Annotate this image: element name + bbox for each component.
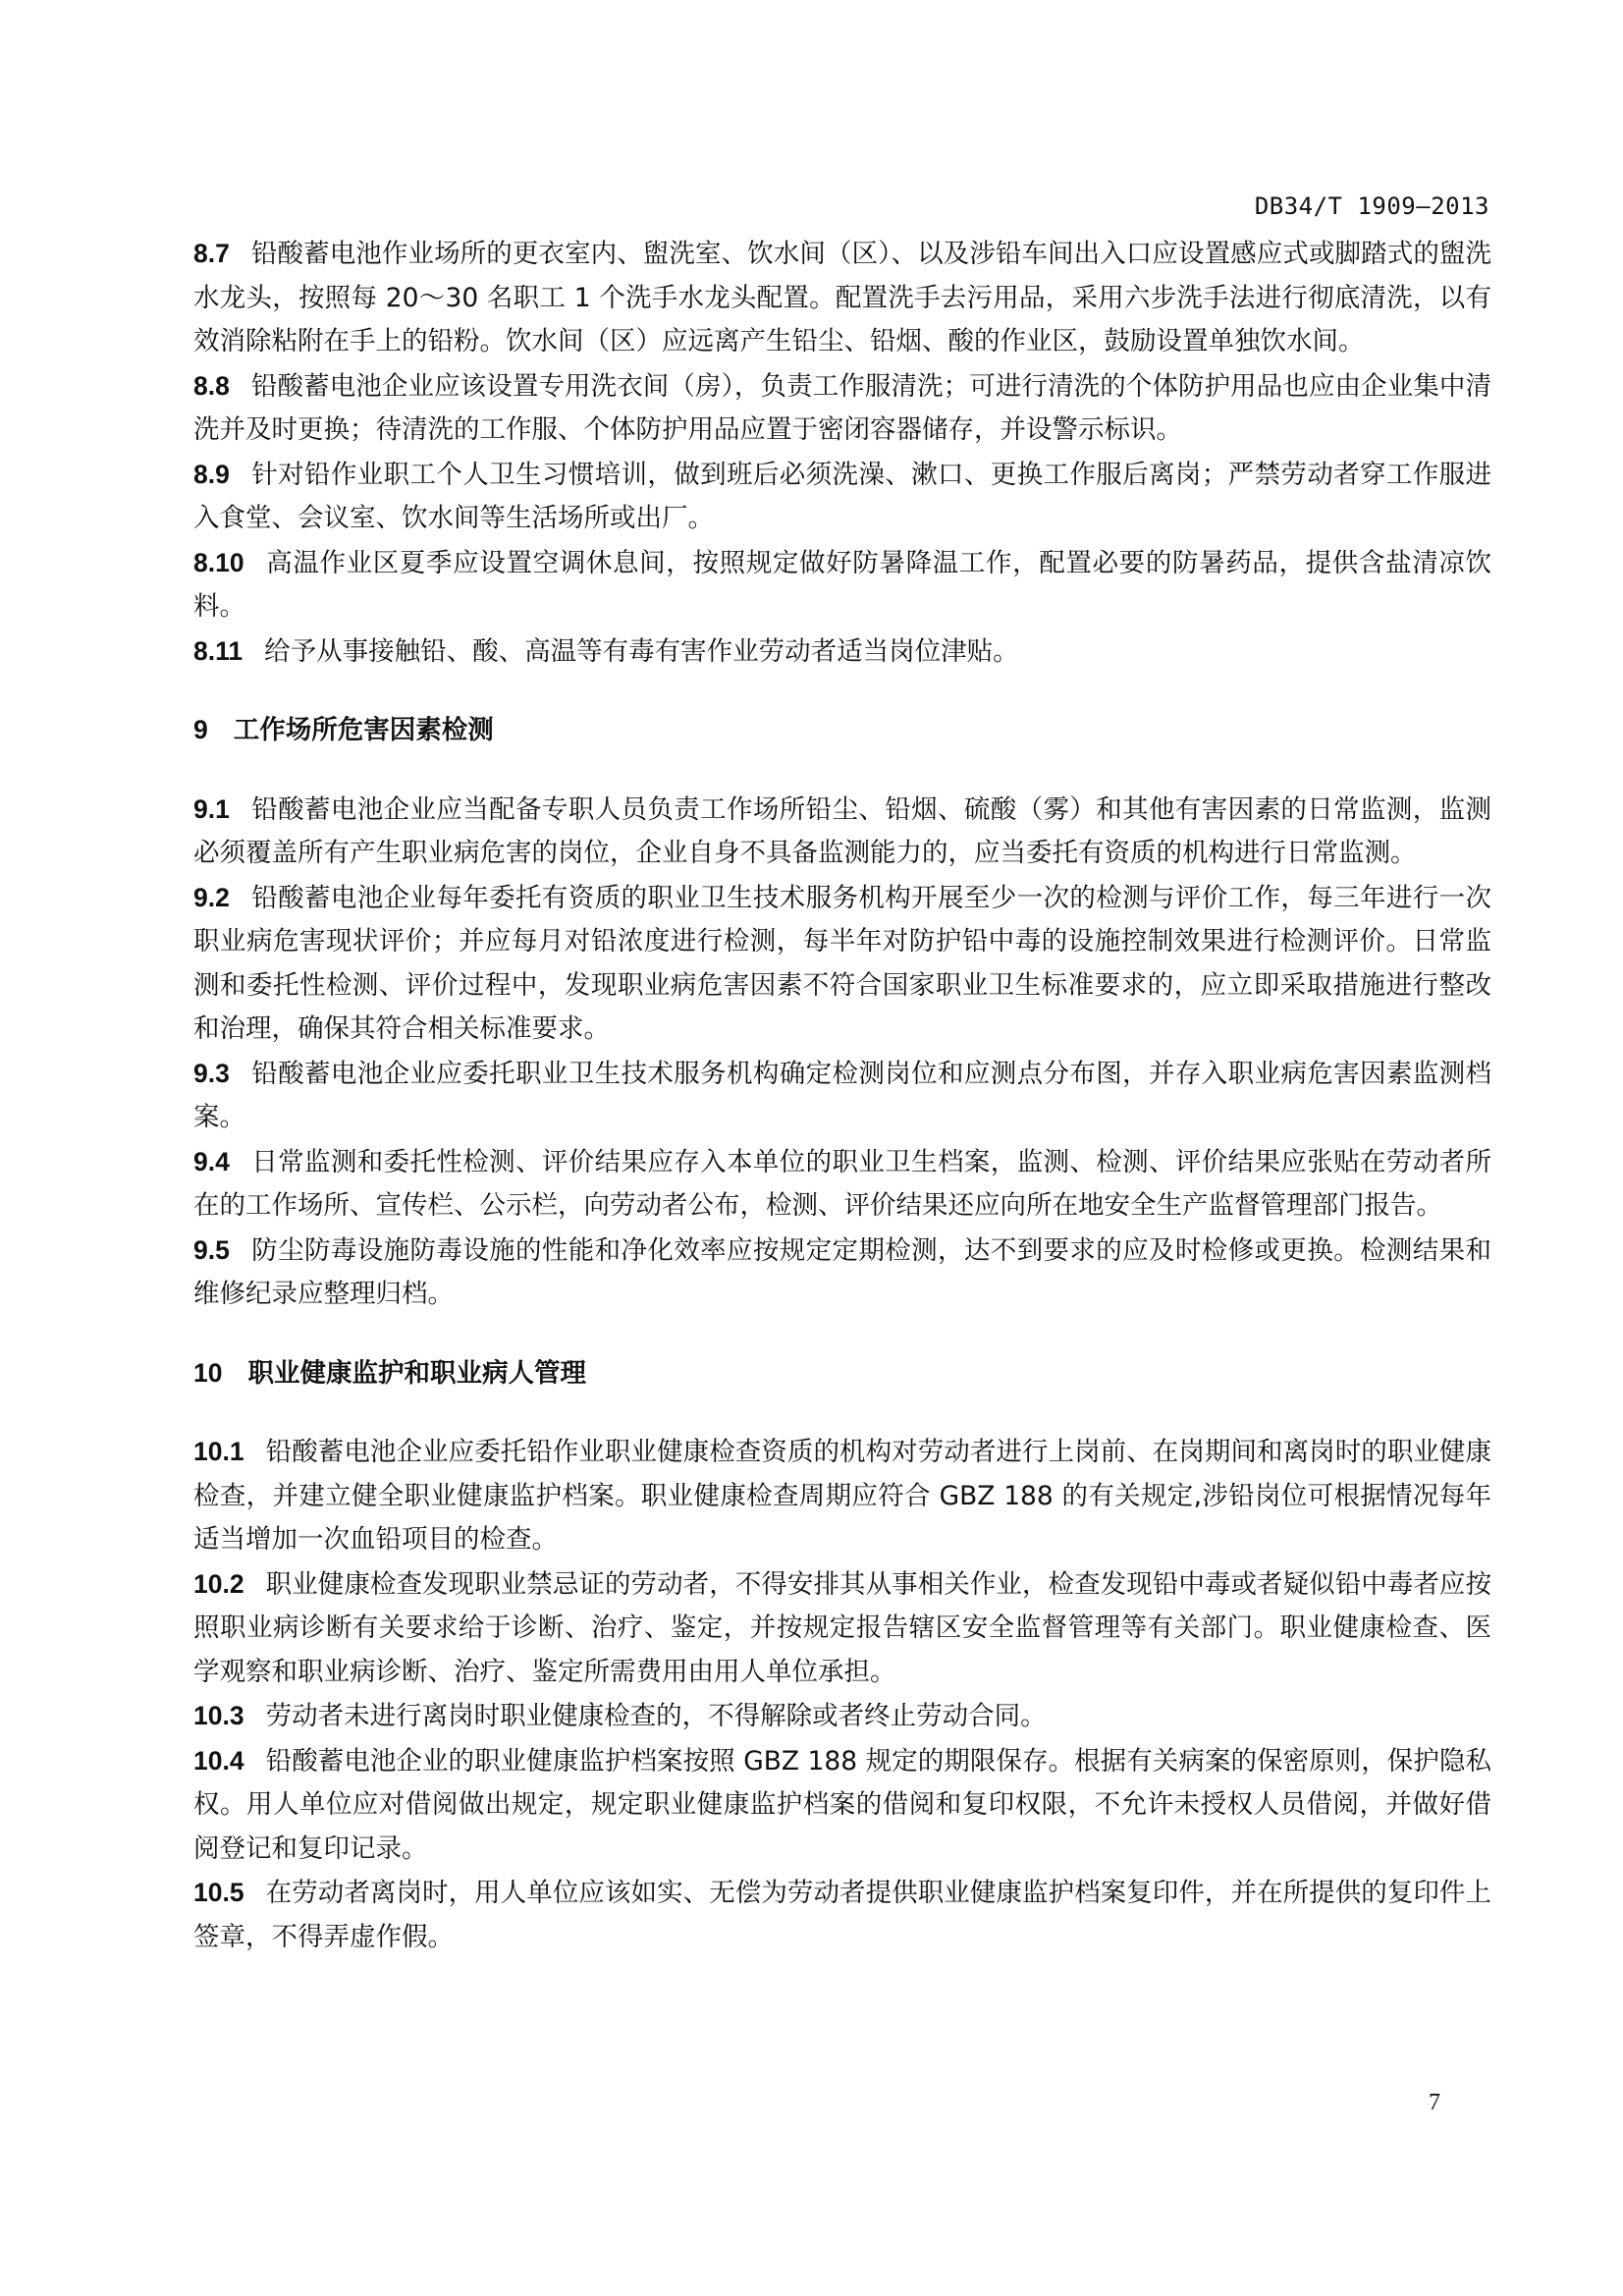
clause-9-1: 9.1铅酸蓄电池企业应当配备专职人员负责工作场所铅尘、铅烟、硫酸（雾）和其他有害…: [193, 788, 1491, 876]
clause-number: 8.8: [193, 371, 230, 401]
clause-text: 铅酸蓄电池企业的职业健康监护档案按照 GBZ 188 规定的期限保存。根据有关病…: [193, 1746, 1491, 1864]
section-10: 10职业健康监护和职业病人管理 10.1铅酸蓄电池企业应委托铅作业职业健康检查资…: [193, 1351, 1491, 1960]
clause-8-8: 8.8铅酸蓄电池企业应该设置专用洗衣间（房），负责工作服清洗；可进行清洗的个体防…: [193, 364, 1491, 453]
clause-10-4: 10.4铅酸蓄电池企业的职业健康监护档案按照 GBZ 188 规定的期限保存。根…: [193, 1739, 1491, 1872]
clause-text: 职业健康检查发现职业禁忌证的劳动者，不得安排其从事相关作业，检查发现铅中毒或者疑…: [193, 1569, 1491, 1687]
clause-number: 9.4: [193, 1147, 230, 1176]
clause-8-10: 8.10高温作业区夏季应设置空调休息间，按照规定做好防暑降温工作，配置必要的防暑…: [193, 541, 1491, 629]
clause-number: 10.4: [193, 1746, 244, 1776]
section-heading: 10职业健康监护和职业病人管理: [193, 1351, 1491, 1396]
clause-9-4: 9.4日常监测和委托性检测、评价结果应存入本单位的职业卫生档案，监测、检测、评价…: [193, 1140, 1491, 1229]
clause-8-11: 8.11给予从事接触铅、酸、高温等有毒有害作业劳动者适当岗位津贴。: [193, 629, 1491, 675]
clause-number: 8.11: [193, 636, 243, 666]
section-number: 9: [193, 715, 208, 744]
clause-text: 铅酸蓄电池企业应委托职业卫生技术服务机构确定检测岗位和应测点分布图，并存入职业病…: [193, 1059, 1491, 1133]
clause-number: 10.2: [193, 1569, 244, 1599]
clause-9-2: 9.2铅酸蓄电池企业每年委托有资质的职业卫生技术服务机构开展至少一次的检测与评价…: [193, 876, 1491, 1052]
clause-text: 针对铅作业职工个人卫生习惯培训，做到班后必须洗澡、漱口、更换工作服后离岗；严禁劳…: [193, 460, 1491, 534]
clause-text: 劳动者未进行离岗时职业健康检查的，不得解除或者终止劳动合同。: [266, 1701, 1047, 1731]
clause-8-9: 8.9针对铅作业职工个人卫生习惯培训，做到班后必须洗澡、漱口、更换工作服后离岗；…: [193, 453, 1491, 541]
clause-9-3: 9.3铅酸蓄电池企业应委托职业卫生技术服务机构确定检测岗位和应测点分布图，并存入…: [193, 1052, 1491, 1140]
clause-text: 高温作业区夏季应设置空调休息间，按照规定做好防暑降温工作，配置必要的防暑药品，提…: [193, 548, 1491, 623]
clause-number: 8.9: [193, 460, 230, 489]
section-number: 10: [193, 1358, 222, 1388]
clause-10-3: 10.3劳动者未进行离岗时职业健康检查的，不得解除或者终止劳动合同。: [193, 1694, 1491, 1739]
clause-text: 铅酸蓄电池企业每年委托有资质的职业卫生技术服务机构开展至少一次的检测与评价工作，…: [193, 883, 1491, 1045]
clause-number: 8.7: [193, 239, 230, 268]
clause-9-5: 9.5防尘防毒设施防毒设施的性能和净化效率应按规定定期检测，达不到要求的应及时检…: [193, 1229, 1491, 1317]
clause-10-2: 10.2职业健康检查发现职业禁忌证的劳动者，不得安排其从事相关作业，检查发现铅中…: [193, 1562, 1491, 1695]
standard-code-header: DB34/T 1909—2013: [1255, 192, 1489, 220]
clause-number: 9.3: [193, 1059, 230, 1088]
section-title-text: 职业健康监护和职业病人管理: [247, 1358, 586, 1389]
clause-number: 10.1: [193, 1437, 244, 1466]
clause-text: 铅酸蓄电池作业场所的更衣室内、盥洗室、饮水间（区）、以及涉铅车间出入口应设置感应…: [193, 239, 1491, 356]
clause-text: 铅酸蓄电池企业应委托铅作业职业健康检查资质的机构对劳动者进行上岗前、在岗期间和离…: [193, 1437, 1491, 1555]
clause-text: 给予从事接触铅、酸、高温等有毒有害作业劳动者适当岗位津贴。: [264, 636, 1019, 667]
clause-8-7: 8.7铅酸蓄电池作业场所的更衣室内、盥洗室、饮水间（区）、以及涉铅车间出入口应设…: [193, 232, 1491, 364]
clause-text: 在劳动者离岗时，用人单位应该如实、无偿为劳动者提供职业健康监护档案复印件，并在所…: [193, 1878, 1491, 1952]
clause-10-1: 10.1铅酸蓄电池企业应委托铅作业职业健康检查资质的机构对劳动者进行上岗前、在岗…: [193, 1430, 1491, 1562]
clause-text: 防尘防毒设施防毒设施的性能和净化效率应按规定定期检测，达不到要求的应及时检修或更…: [193, 1235, 1491, 1310]
clause-text: 日常监测和委托性检测、评价结果应存入本单位的职业卫生档案，监测、检测、评价结果应…: [193, 1147, 1491, 1222]
clause-number: 9.2: [193, 883, 230, 912]
clause-number: 10.3: [193, 1701, 244, 1730]
clause-number: 9.1: [193, 794, 230, 824]
clause-text: 铅酸蓄电池企业应该设置专用洗衣间（房），负责工作服清洗；可进行清洗的个体防护用品…: [193, 371, 1491, 446]
section-8-continued: 8.7铅酸蓄电池作业场所的更衣室内、盥洗室、饮水间（区）、以及涉铅车间出入口应设…: [193, 232, 1491, 674]
clause-text: 铅酸蓄电池企业应当配备专职人员负责工作场所铅尘、铅烟、硫酸（雾）和其他有害因素的…: [193, 794, 1491, 869]
page-number: 7: [1429, 2090, 1440, 2116]
clause-10-5: 10.5在劳动者离岗时，用人单位应该如实、无偿为劳动者提供职业健康监护档案复印件…: [193, 1871, 1491, 1959]
section-9: 9工作场所危害因素检测 9.1铅酸蓄电池企业应当配备专职人员负责工作场所铅尘、铅…: [193, 708, 1491, 1317]
clause-number: 9.5: [193, 1235, 230, 1265]
section-heading: 9工作场所危害因素检测: [193, 708, 1491, 753]
section-title-text: 工作场所危害因素检测: [234, 715, 494, 745]
clause-number: 10.5: [193, 1878, 244, 1907]
document-body: 8.7铅酸蓄电池作业场所的更衣室内、盥洗室、饮水间（区）、以及涉铅车间出入口应设…: [193, 232, 1491, 1959]
clause-number: 8.10: [193, 548, 244, 577]
